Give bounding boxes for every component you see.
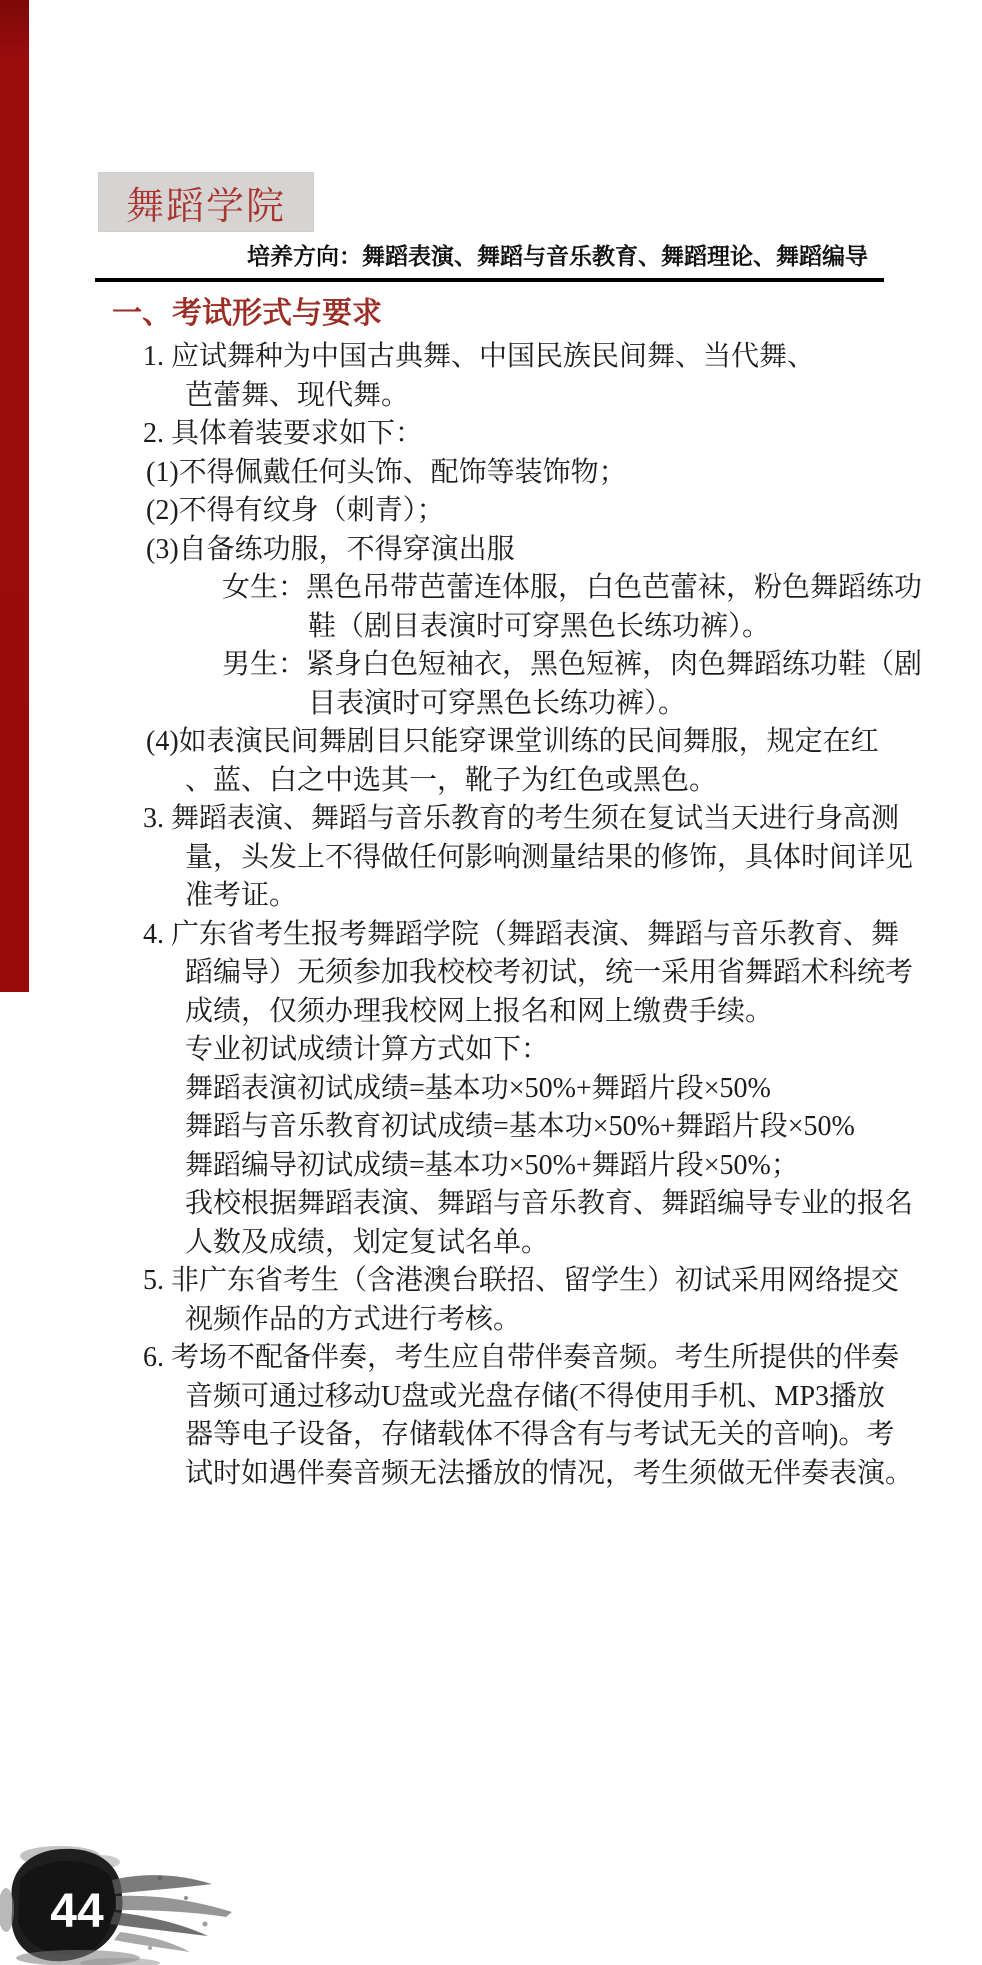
- body-line: 女生：黑色吊带芭蕾连体服，白色芭蕾袜，粉色舞蹈练功: [222, 569, 982, 608]
- body-line: (2)不得有纹身（刺青）；: [146, 492, 982, 531]
- page-title-box: 舞蹈学院: [98, 172, 314, 232]
- body-line: 准考证。: [185, 877, 982, 916]
- training-directions-subtitle: 培养方向：舞蹈表演、舞蹈与音乐教育、舞蹈理论、舞蹈编导: [95, 243, 884, 270]
- body-line: 专业初试成绩计算方式如下：: [185, 1031, 982, 1070]
- body-line: 蹈编导）无须参加我校校考初试，统一采用省舞蹈术科统考: [185, 954, 982, 993]
- ink-splash-decoration: [0, 1840, 250, 1965]
- body-line: 人数及成绩，划定复试名单。: [185, 1224, 982, 1263]
- body-line: 视频作品的方式进行考核。: [185, 1301, 982, 1340]
- body-line: 舞蹈表演初试成绩=基本功×50%+舞蹈片段×50%: [185, 1070, 982, 1109]
- header-divider-rule: [95, 278, 884, 282]
- body-line: (3)自备练功服，不得穿演出服: [146, 531, 982, 570]
- page-title: 舞蹈学院: [126, 175, 286, 230]
- body-line: 男生：紧身白色短袖衣，黑色短裤，肉色舞蹈练功鞋（剧: [222, 646, 982, 685]
- body-line: 音频可通过移动U盘或光盘存储(不得使用手机、MP3播放: [185, 1378, 982, 1417]
- body-line: 鞋（剧目表演时可穿黑色长练功裤）。: [308, 608, 982, 647]
- body-line: 2. 具体着装要求如下：: [143, 415, 982, 454]
- body-line: 器等电子设备，存储载体不得含有与考试无关的音响)。考: [185, 1416, 982, 1455]
- body-line: 、蓝、白之中选其一，靴子为红色或黑色。: [185, 762, 982, 801]
- body-line: 目表演时可穿黑色长练功裤）。: [308, 685, 982, 724]
- body-line: 5. 非广东省考生（含港澳台联招、留学生）初试采用网络提交: [143, 1262, 982, 1301]
- body-line: 我校根据舞蹈表演、舞蹈与音乐教育、舞蹈编导专业的报名: [185, 1185, 982, 1224]
- body-line: 试时如遇伴奏音频无法播放的情况，考生须做无伴奏表演。: [185, 1455, 982, 1494]
- page-number: 44: [42, 1886, 112, 1938]
- body-line: 4. 广东省考生报考舞蹈学院（舞蹈表演、舞蹈与音乐教育、舞: [143, 916, 982, 955]
- body-line: 舞蹈编导初试成绩=基本功×50%+舞蹈片段×50%；: [185, 1147, 982, 1186]
- body-text-block: 1. 应试舞种为中国古典舞、中国民族民间舞、当代舞、 芭蕾舞、现代舞。 2. 具…: [0, 338, 982, 1493]
- body-line: 1. 应试舞种为中国古典舞、中国民族民间舞、当代舞、: [143, 338, 982, 377]
- document-page: 舞蹈学院 培养方向：舞蹈表演、舞蹈与音乐教育、舞蹈理论、舞蹈编导 一、考试形式与…: [0, 0, 982, 1965]
- section-heading: 一、考试形式与要求: [112, 297, 382, 331]
- body-line: 3. 舞蹈表演、舞蹈与音乐教育的考生须在复试当天进行身高测: [143, 800, 982, 839]
- body-line: (1)不得佩戴任何头饰、配饰等装饰物；: [146, 454, 982, 493]
- body-line: 舞蹈与音乐教育初试成绩=基本功×50%+舞蹈片段×50%: [185, 1108, 982, 1147]
- body-line: (4)如表演民间舞剧目只能穿课堂训练的民间舞服，规定在红: [146, 723, 982, 762]
- body-line: 6. 考场不配备伴奏，考生应自带伴奏音频。考生所提供的伴奏: [143, 1339, 982, 1378]
- body-line: 成绩，仅须办理我校网上报名和网上缴费手续。: [185, 993, 982, 1032]
- body-line: 芭蕾舞、现代舞。: [185, 377, 982, 416]
- body-line: 量，头发上不得做任何影响测量结果的修饰，具体时间详见: [185, 839, 982, 878]
